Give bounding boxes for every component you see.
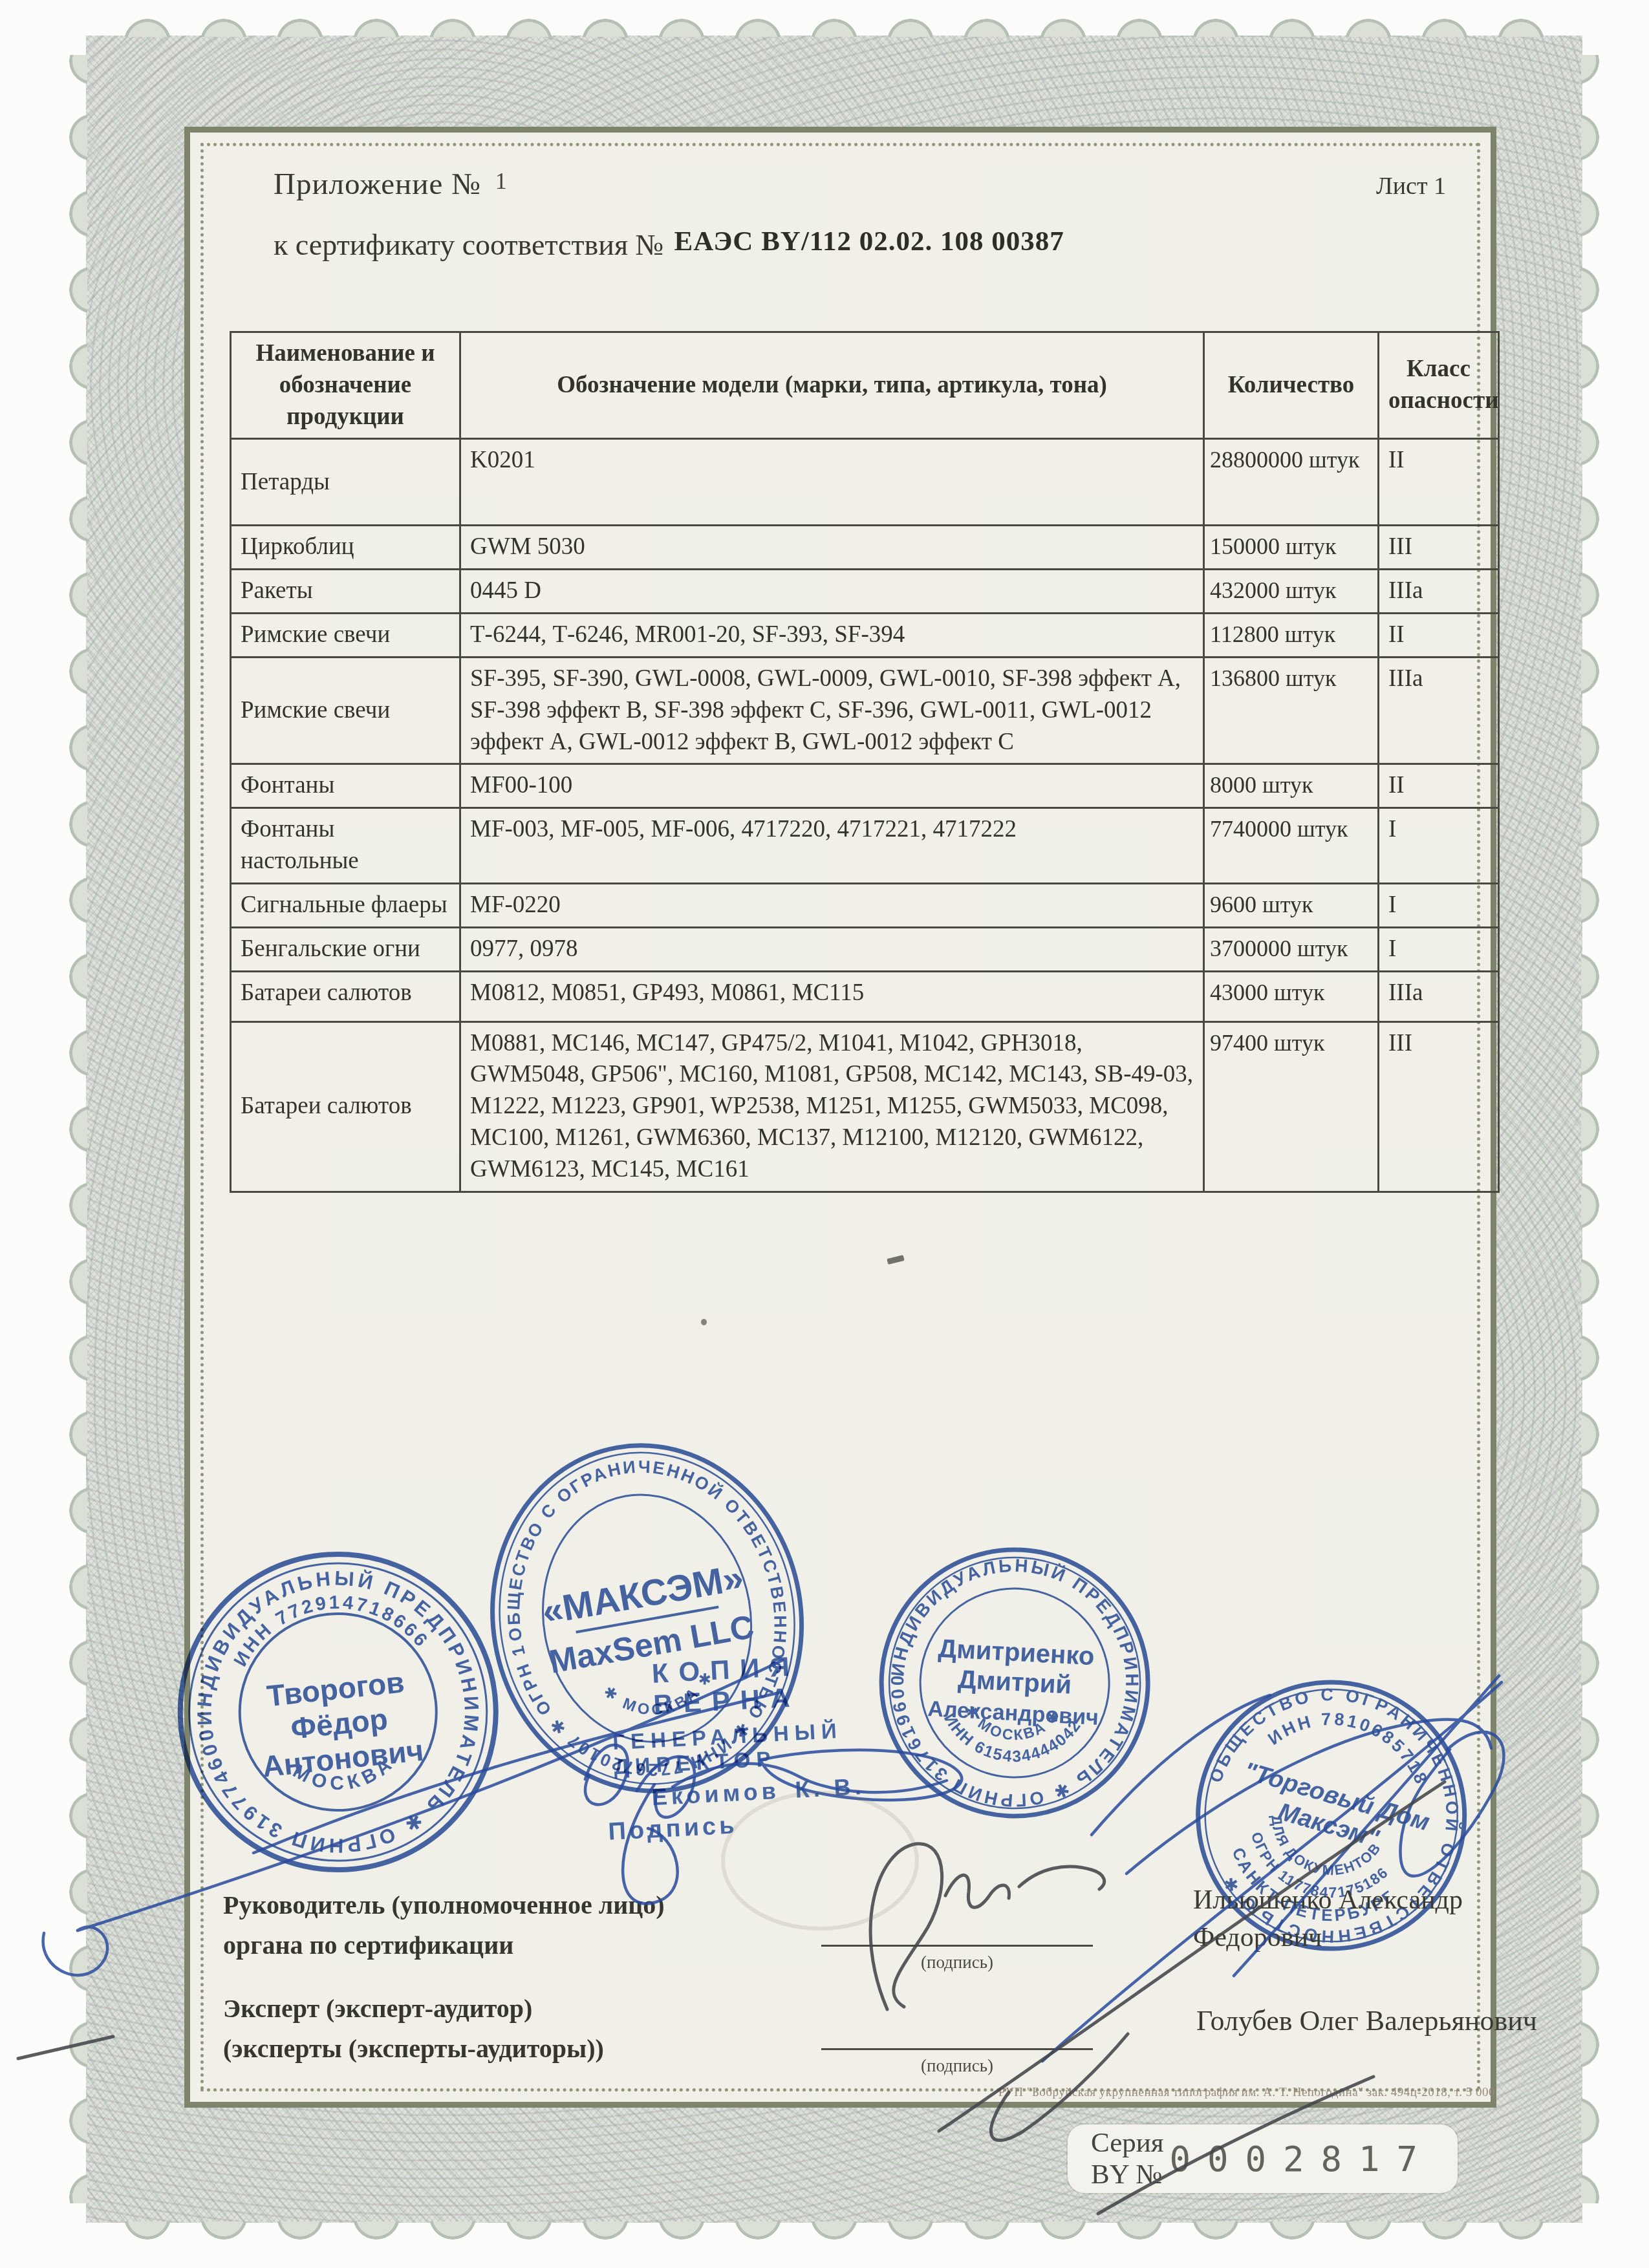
stamp-dmitrienko-svg: ИНДИВИДУАЛЬНЫЙ ПРЕДПРИНИМАТЕЛЬ ✱ ОГРНИП … (865, 1534, 1164, 1832)
cell-hazard-class: IIIа (1379, 570, 1499, 614)
border-scallops-top (105, 10, 1563, 37)
sheet-number-label: Лист 1 (1376, 172, 1446, 200)
cell-models: M0881, MC146, MC147, GP475/2, M1041, M10… (460, 1022, 1204, 1192)
scan-speck (701, 1319, 707, 1325)
cell-product: Батареи салютов (231, 971, 460, 1022)
cell-models: 0445 D (460, 570, 1204, 614)
cell-quantity: 28800000 штук (1204, 439, 1379, 526)
cell-models: 0977, 0978 (460, 927, 1204, 971)
cell-product: Батареи салютов (231, 1022, 460, 1192)
table-row: Римские свечи Т-6244, Т-6246, MR001-20, … (231, 614, 1499, 658)
table-row: Фонтаны настольные MF-003, MF-005, MF-00… (231, 808, 1499, 884)
expert-label-line2: (эксперты (эксперты-аудиторы)) (223, 2029, 604, 2069)
cell-quantity: 7740000 штук (1204, 808, 1379, 884)
cell-models: GWM 5030 (460, 526, 1204, 570)
border-scallops-right (1581, 55, 1608, 2203)
cell-hazard-class: I (1379, 883, 1499, 927)
cell-models: Т-6244, Т-6246, MR001-20, SF-393, SF-394 (460, 614, 1204, 658)
head-name: Ильюшенко Александр Федорович (1193, 1881, 1463, 1956)
cell-product: Сигнальные флаеры (231, 883, 460, 927)
appendix-number: 1 (495, 168, 508, 194)
stamp-tvorogov: ИНДИВИДУАЛЬНЫЙ ПРЕДПРИНИМАТЕЛЬ ✱ ОГРНИП … (153, 1527, 523, 1899)
stamp-dmitrienko: ИНДИВИДУАЛЬНЫЙ ПРЕДПРИНИМАТЕЛЬ ✱ ОГРНИП … (865, 1534, 1165, 1835)
table-row: Батареи салютов M0812, M0851, GP493, M08… (231, 971, 1499, 1022)
cell-quantity: 8000 штук (1204, 764, 1379, 808)
cell-hazard-class: III (1379, 526, 1499, 570)
head-label-line1: Руководитель (уполномоченное лицо) (223, 1885, 665, 1925)
signature-line-expert (821, 2048, 1093, 2050)
cell-quantity: 9600 штук (1204, 883, 1379, 927)
cell-models: SF-395, SF-390, GWL-0008, GWL-0009, GWL-… (460, 657, 1204, 764)
col-header-hazard-class: Класс опасности (1379, 332, 1499, 439)
cell-models: MF-003, MF-005, MF-006, 4717220, 4717221… (460, 808, 1204, 884)
cell-models: M0812, M0851, GP493, M0861, MC115 (460, 971, 1204, 1022)
col-header-models: Обозначение модели (марки, типа, артикул… (460, 332, 1204, 439)
scan-speck (807, 989, 812, 994)
certificate-line-prefix: к сертификату соответствия № (274, 228, 664, 261)
expert-name: Голубев Олег Валерьянович (1196, 2004, 1537, 2037)
cell-hazard-class: IIIа (1379, 971, 1499, 1022)
table-row: Сигнальные флаеры MF-0220 9600 штук I (231, 883, 1499, 927)
appendix-title-text: Приложение № (274, 167, 481, 201)
border-scallops-left (60, 55, 87, 2203)
cell-hazard-class: I (1379, 808, 1499, 884)
cell-quantity: 136800 штук (1204, 657, 1379, 764)
signature-caption-expert: (подпись) (821, 2056, 1093, 2076)
cell-product: Ракеты (231, 570, 460, 614)
cell-quantity: 112800 штук (1204, 614, 1379, 658)
cell-product: Циркоблиц (231, 526, 460, 570)
head-name-line2: Федорович (1193, 1919, 1463, 1956)
cell-product: Римские свечи (231, 657, 460, 764)
border-scallops-bottom (105, 2221, 1563, 2249)
table-row: Батареи салютов M0881, MC146, MC147, GP4… (231, 1022, 1499, 1192)
table-row: Ракеты 0445 D 432000 штук IIIа (231, 570, 1499, 614)
expert-label: Эксперт (эксперт-аудитор) (эксперты (экс… (223, 1989, 604, 2069)
head-of-body-label: Руководитель (уполномоченное лицо) орган… (223, 1885, 665, 1965)
copy-note-director-name: Екоимов (651, 1777, 781, 1811)
table-row: Бенгальские огни 0977, 0978 3700000 штук… (231, 927, 1499, 971)
cell-models: MF-0220 (460, 883, 1204, 927)
stamp-name-line: Дмитрий (957, 1665, 1072, 1699)
serial-label: Серия BY № (1091, 2127, 1169, 2190)
cell-quantity: 3700000 штук (1204, 927, 1379, 971)
copy-note-line3: Екоимов К. В. (651, 1773, 866, 1811)
cell-product: Петарды (231, 439, 460, 526)
appendix-title: Приложение №1 (274, 167, 508, 202)
cell-hazard-class: II (1379, 439, 1499, 526)
products-table: Наименование и обозначение продукции Обо… (230, 331, 1500, 1193)
serial-number-box: Серия BY № 0002817 (1068, 2124, 1458, 2193)
cell-quantity: 43000 штук (1204, 971, 1379, 1022)
certificate-number: ЕАЭС BY/112 02.02. 108 00387 (674, 226, 1064, 257)
table-row: Фонтаны MF00-100 8000 штук II (231, 764, 1499, 808)
head-name-line1: Ильюшенко Александр (1193, 1881, 1463, 1919)
table-row: Циркоблиц GWM 5030 150000 штук III (231, 526, 1499, 570)
signature-line-head (821, 1945, 1093, 1947)
table-row: Петарды K0201 28800000 штук II (231, 439, 1499, 526)
cell-product: Бенгальские огни (231, 927, 460, 971)
cell-models: K0201 (460, 439, 1204, 526)
signature-caption-head: (подпись) (821, 1952, 1093, 1973)
cell-hazard-class: IIIа (1379, 657, 1499, 764)
cell-quantity: 150000 штук (1204, 526, 1379, 570)
certificate-reference-line: к сертификату соответствия №ЕАЭС BY/112 … (274, 228, 1064, 262)
cell-models: MF00-100 (460, 764, 1204, 808)
stamp-tvorogov-svg: ИНДИВИДУАЛЬНЫЙ ПРЕДПРИНИМАТЕЛЬ ✱ ОГРНИП … (153, 1527, 523, 1897)
certificate-scan: Приложение №1 Лист 1 к сертификату соотв… (0, 0, 1649, 2268)
cell-hazard-class: III (1379, 1022, 1499, 1192)
cell-quantity: 432000 штук (1204, 570, 1379, 614)
col-header-product: Наименование и обозначение продукции (231, 332, 460, 439)
table-row: Римские свечи SF-395, SF-390, GWL-0008, … (231, 657, 1499, 764)
serial-number: 0002817 (1169, 2139, 1434, 2179)
cell-hazard-class: I (1379, 927, 1499, 971)
table-header-row: Наименование и обозначение продукции Обо… (231, 332, 1499, 439)
cell-hazard-class: II (1379, 764, 1499, 808)
col-header-quantity: Количество (1204, 332, 1379, 439)
copy-note-director-initials: К. В. (795, 1773, 866, 1804)
cell-quantity: 97400 штук (1204, 1022, 1379, 1192)
cell-hazard-class: II (1379, 614, 1499, 658)
cell-product: Фонтаны (231, 764, 460, 808)
cell-product: Фонтаны настольные (231, 808, 460, 884)
cell-product: Римские свечи (231, 614, 460, 658)
printer-note: РУП "Бобруйская укрупненная типография и… (964, 2086, 1495, 2100)
expert-label-line1: Эксперт (эксперт-аудитор) (223, 1989, 604, 2029)
head-label-line2: органа по сертификации (223, 1925, 665, 1965)
